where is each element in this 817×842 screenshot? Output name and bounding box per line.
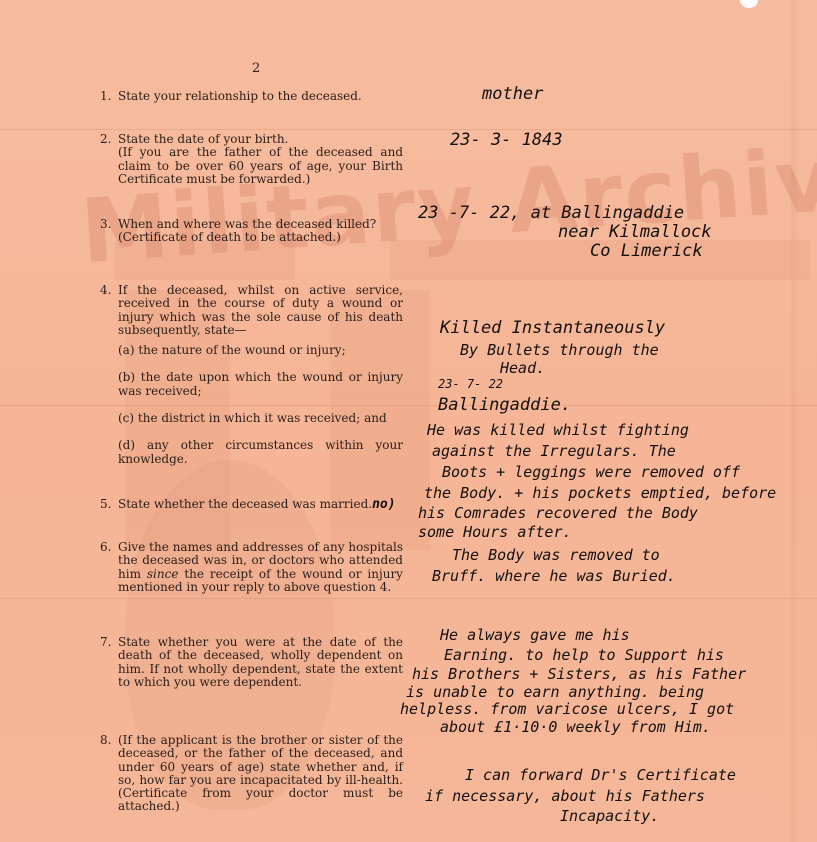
answer-4-line: some Hours after.: [418, 522, 572, 542]
answer-2: 23- 3- 1843: [450, 130, 563, 150]
answer-7-line: his Brothers + Sisters, as his Father: [412, 664, 746, 684]
answer-4-line: against the Irregulars. The: [432, 441, 676, 461]
answer-4-line: Killed Instantaneously: [440, 318, 665, 338]
question-text: (If the applicant is the brother or sist…: [118, 734, 403, 814]
question-number: 7.: [100, 636, 111, 649]
question-part-a: (a) the nature of the wound or injury;: [118, 344, 403, 357]
question-6: 6. Give the names and addresses of any h…: [118, 541, 403, 594]
answer-8-line: I can forward Dr's Certificate: [465, 765, 736, 785]
question-3: 3. When and where was the deceased kille…: [118, 218, 403, 245]
answer-6-line: Bruff. where he was Buried.: [432, 566, 676, 586]
question-4: 4. If the deceased, whilst on active ser…: [118, 284, 403, 466]
answer-4-line: Ballingaddie.: [438, 395, 571, 415]
question-1: 1. State your relationship to the deceas…: [118, 90, 403, 103]
answer-4-line: By Bullets through the: [460, 340, 659, 360]
question-note: (If you are the father of the deceased a…: [118, 146, 403, 186]
question-text: State your relationship to the deceased.: [118, 90, 403, 103]
answer-4-line: Head.: [500, 358, 545, 378]
punch-hole: [740, 0, 758, 8]
answer-7-line: about £1·10·0 weekly from Him.: [440, 717, 711, 737]
page-number: 2: [252, 61, 260, 76]
answer-4-line: the Body. + his pockets emptied, before: [424, 483, 776, 503]
fold-line: [0, 598, 817, 599]
answer-8-line: if necessary, about his Fathers: [425, 786, 705, 806]
answer-8-line: Incapacity.: [560, 806, 659, 826]
question-text: State the date of your birth.: [118, 133, 403, 146]
answer-3-line: near Kilmallock: [558, 222, 712, 242]
answer-4-line: He was killed whilst fighting: [427, 420, 689, 440]
answer-7-line: He always gave me his: [440, 625, 630, 645]
fold-line: [0, 129, 817, 130]
question-number: 2.: [100, 133, 111, 146]
question-text: State whether the deceased was married.: [118, 497, 372, 511]
question-text-wrap: State whether the deceased was married.n…: [118, 498, 418, 511]
question-text: State whether you were at the date of th…: [118, 636, 403, 689]
question-5: 5. State whether the deceased was marrie…: [118, 498, 418, 511]
question-number: 6.: [100, 541, 111, 554]
question-part-c: (c) the district in which it was receive…: [118, 412, 403, 425]
question-number: 4.: [100, 284, 111, 297]
question-text: If the deceased, whilst on active servic…: [118, 284, 403, 337]
question-number: 8.: [100, 734, 111, 747]
document-page: Military Archives 2 1. State your relati…: [0, 0, 817, 842]
question-part-d: (d) any other circumstances within your …: [118, 439, 403, 466]
question-7: 7. State whether you were at the date of…: [118, 636, 403, 689]
question-number: 1.: [100, 90, 111, 103]
question-number: 5.: [100, 498, 111, 511]
answer-1: mother: [482, 84, 543, 104]
answer-3-line: 23 -7- 22, at Ballingaddie: [418, 203, 684, 223]
answer-7-line: Earning. to help to Support his: [444, 645, 724, 665]
question-number: 3.: [100, 218, 111, 231]
answer-5: no): [372, 497, 395, 512]
answer-4-line: his Comrades recovered the Body: [418, 503, 698, 523]
answer-3-line: Co Limerick: [590, 241, 703, 261]
answer-4-line: 23- 7- 22: [438, 374, 503, 394]
answer-4-line: Boots + leggings were removed off: [442, 462, 740, 482]
watermark-band: [115, 240, 295, 280]
question-text-italic: since: [147, 567, 179, 581]
question-2: 2. State the date of your birth. (If you…: [118, 133, 403, 186]
question-text: When and where was the deceased killed?: [118, 218, 403, 231]
question-8: 8. (If the applicant is the brother or s…: [118, 734, 403, 814]
question-text-wrap: Give the names and addresses of any hosp…: [118, 541, 403, 594]
answer-6-line: The Body was removed to: [452, 545, 660, 565]
question-part-b: (b) the date upon which the wound or inj…: [118, 371, 403, 398]
answer-7-line: helpless. from varicose ulcers, I got: [400, 699, 734, 719]
question-note: (Certificate of death to be attached.): [118, 231, 403, 244]
